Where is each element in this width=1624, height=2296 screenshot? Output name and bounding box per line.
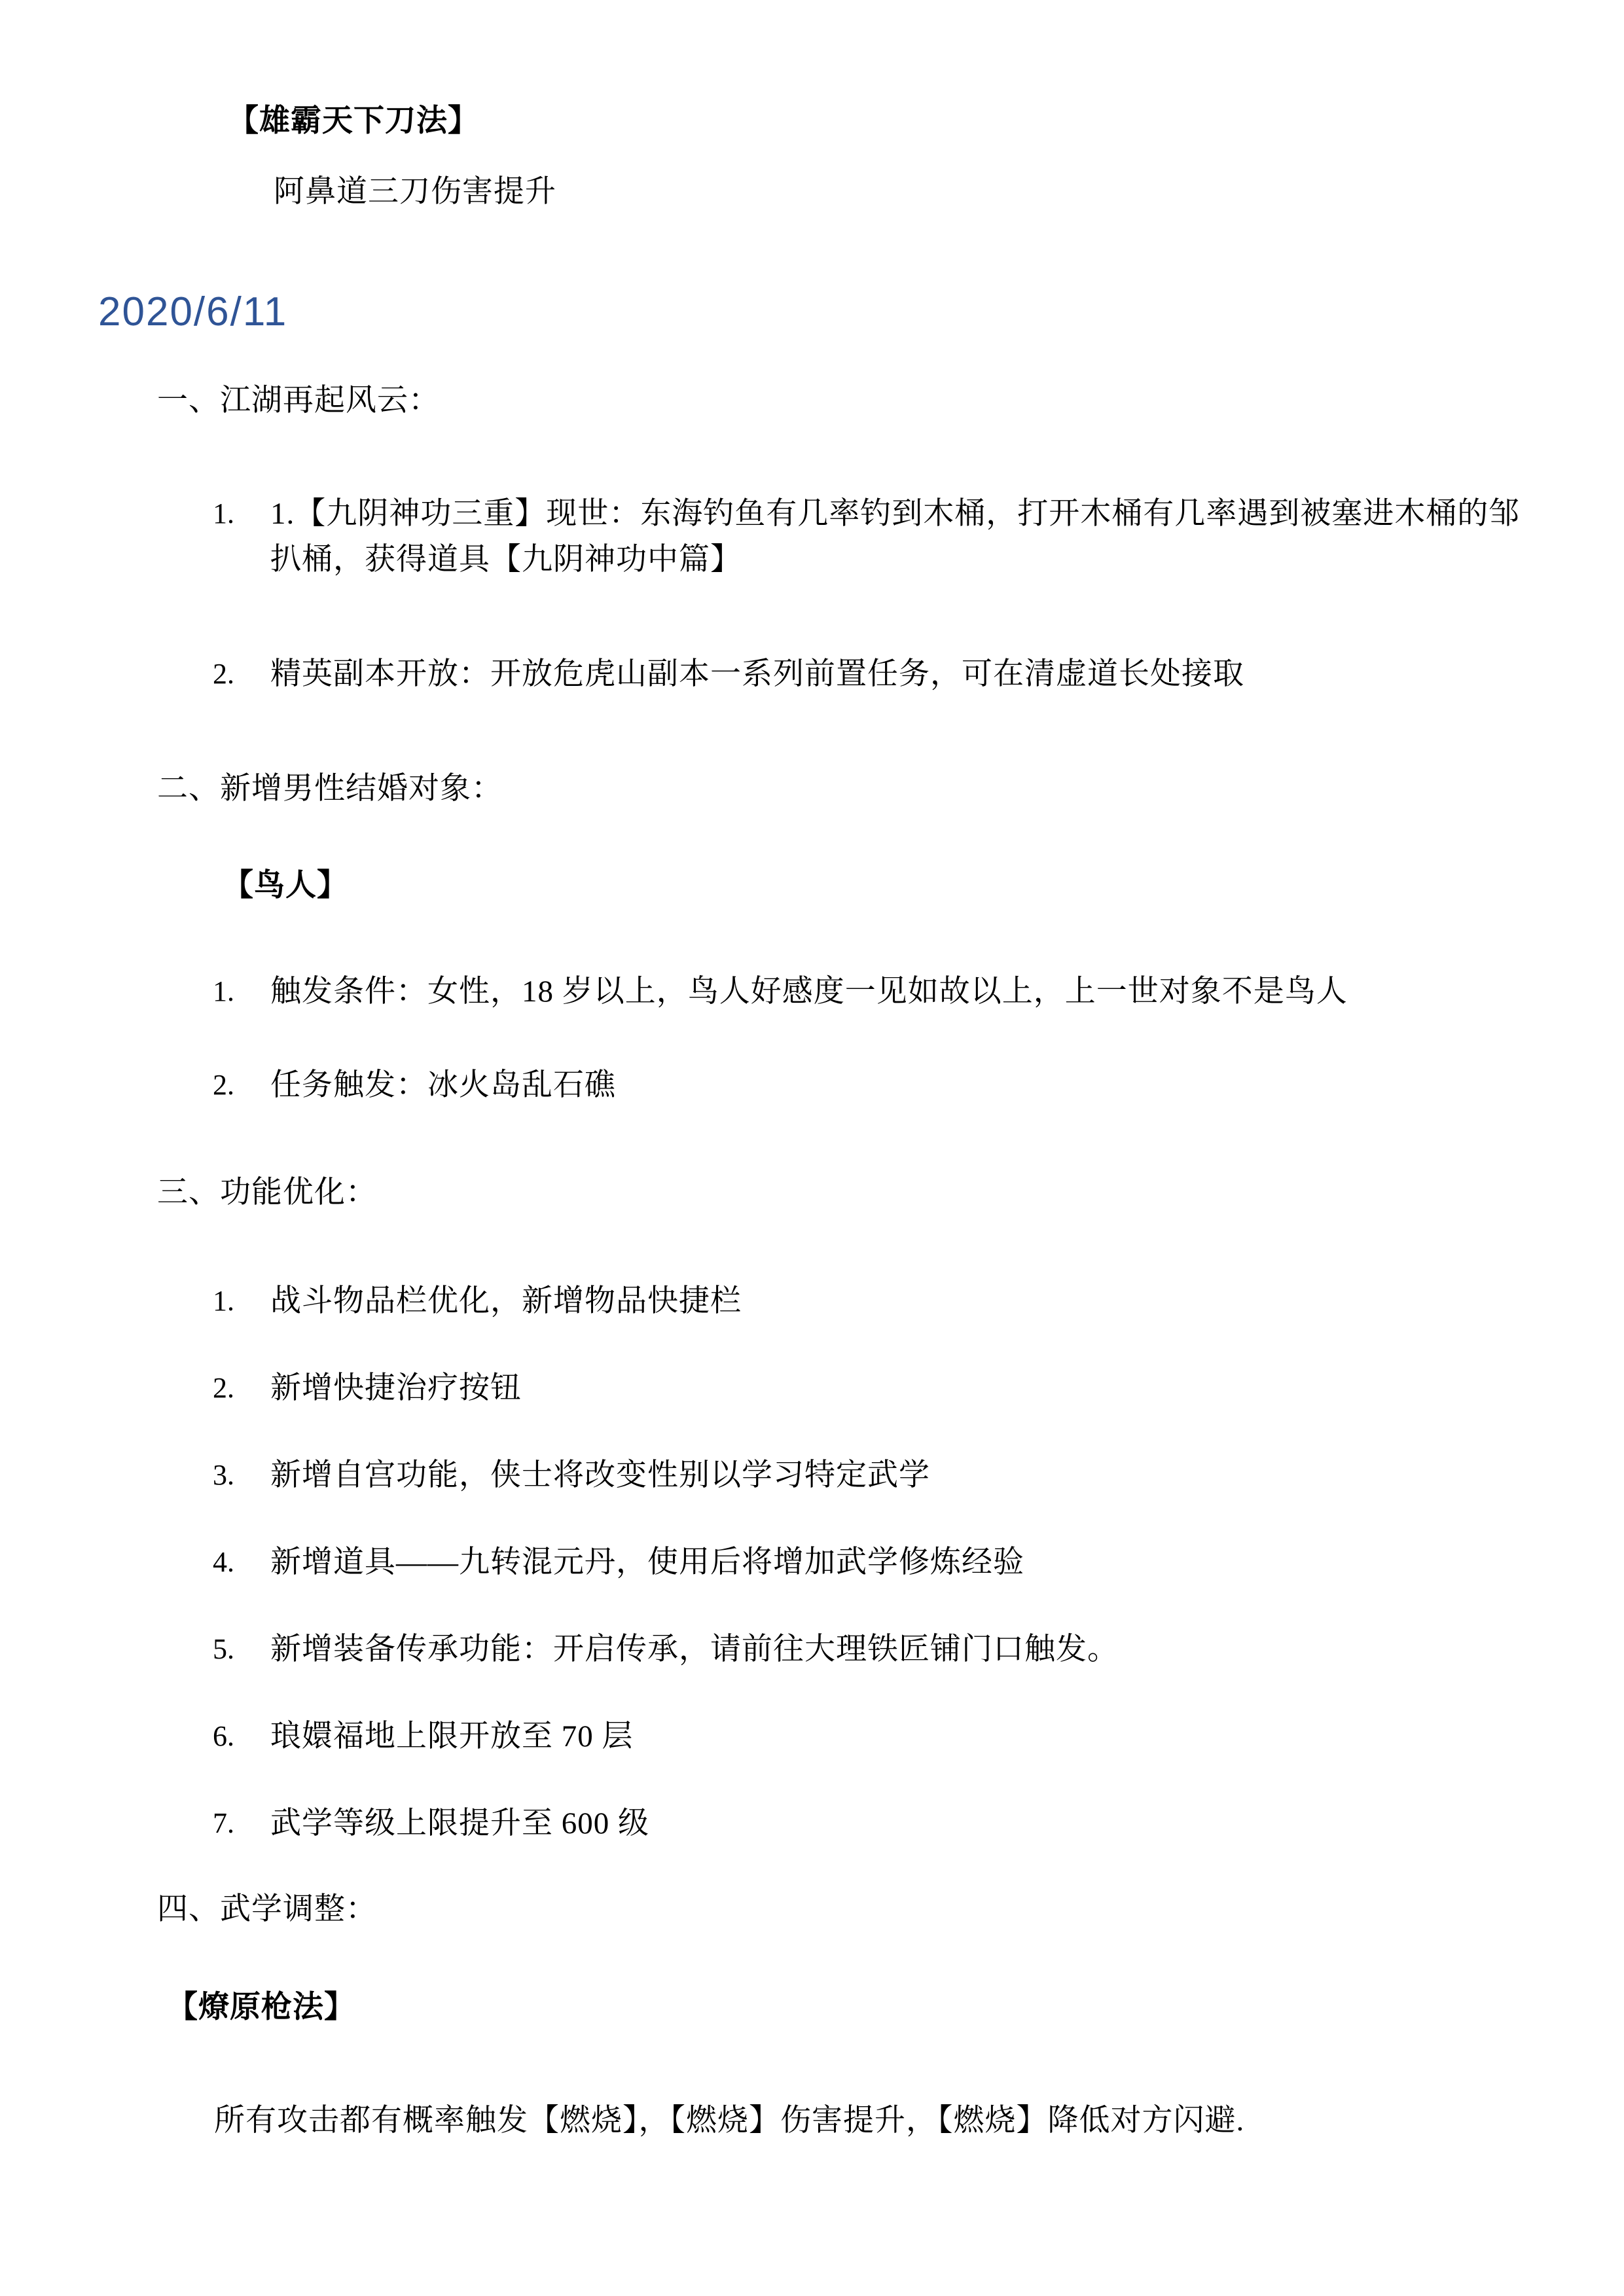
list-item: 1. 1.【九阴神功三重】现世：东海钓鱼有几率钓到木桶，打开木桶有几率遇到被塞进… bbox=[213, 491, 1540, 583]
list-item-text: 新增自宫功能，侠士将改变性别以学习特定武学 bbox=[270, 1452, 1540, 1498]
list-item-number: 6. bbox=[213, 1713, 270, 1759]
list-item-text: 精英副本开放：开放危虎山副本一系列前置任务，可在清虚道长处接取 bbox=[270, 651, 1540, 697]
list-item: 6. 琅嬛福地上限开放至 70 层 bbox=[213, 1713, 1540, 1759]
list-item: 2. 任务触发：冰火岛乱石礁 bbox=[213, 1062, 1540, 1108]
list-item-text: 新增装备传承功能：开启传承，请前往大理铁匠铺门口触发。 bbox=[270, 1626, 1540, 1672]
section-1-heading: 一、江湖再起风云： bbox=[157, 378, 440, 423]
list-item-text: 新增快捷治疗按钮 bbox=[270, 1365, 1540, 1411]
section-3-heading: 三、功能优化： bbox=[157, 1170, 377, 1215]
skill-effect-note: 阿鼻道三刀伤害提升 bbox=[274, 169, 556, 215]
document-page: 【雄霸天下刀法】 阿鼻道三刀伤害提升 2020/6/11 一、江湖再起风云： 1… bbox=[0, 0, 1624, 2296]
list-item: 5. 新增装备传承功能：开启传承，请前往大理铁匠铺门口触发。 bbox=[213, 1626, 1540, 1672]
list-item-text: 1.【九阴神功三重】现世：东海钓鱼有几率钓到木桶，打开木桶有几率遇到被塞进木桶的… bbox=[270, 491, 1540, 583]
list-item: 1. 战斗物品栏优化，新增物品快捷栏 bbox=[213, 1278, 1540, 1324]
list-item-text: 战斗物品栏优化，新增物品快捷栏 bbox=[270, 1278, 1540, 1324]
list-item-number: 1. bbox=[213, 969, 270, 1014]
list-item-text: 新增道具——九转混元丹，使用后将增加武学修炼经验 bbox=[270, 1539, 1540, 1585]
list-item-number: 2. bbox=[213, 1365, 270, 1411]
list-item-text: 武学等级上限提升至 600 级 bbox=[270, 1801, 1540, 1846]
date-heading: 2020/6/11 bbox=[98, 289, 287, 335]
list-item-text: 琅嬛福地上限开放至 70 层 bbox=[270, 1713, 1540, 1759]
list-item-number: 7. bbox=[213, 1801, 270, 1846]
section-4-subheading: 【燎原枪法】 bbox=[167, 1984, 355, 2030]
list-item-number: 2. bbox=[213, 1062, 270, 1108]
list-item: 3. 新增自宫功能，侠士将改变性别以学习特定武学 bbox=[213, 1452, 1540, 1498]
list-item-number: 5. bbox=[213, 1626, 270, 1672]
section-2-heading: 二、新增男性结婚对象： bbox=[157, 766, 503, 812]
list-item: 1. 触发条件：女性，18 岁以上，鸟人好感度一见如故以上，上一世对象不是鸟人 bbox=[213, 969, 1540, 1014]
list-item: 4. 新增道具——九转混元丹，使用后将增加武学修炼经验 bbox=[213, 1539, 1540, 1585]
list-item-text: 触发条件：女性，18 岁以上，鸟人好感度一见如故以上，上一世对象不是鸟人 bbox=[270, 969, 1540, 1014]
list-item-number: 1. bbox=[213, 1278, 270, 1324]
list-item-number: 1. bbox=[213, 491, 270, 537]
list-item-number: 4. bbox=[213, 1539, 270, 1585]
list-item: 2. 精英副本开放：开放危虎山副本一系列前置任务，可在清虚道长处接取 bbox=[213, 651, 1540, 697]
section-4-heading: 四、武学调整： bbox=[157, 1886, 377, 1932]
list-item-text: 任务触发：冰火岛乱石礁 bbox=[270, 1062, 1540, 1108]
skill-title: 【雄霸天下刀法】 bbox=[228, 98, 479, 144]
section-4-body: 所有攻击都有概率触发【燃烧】，【燃烧】伤害提升，【燃烧】降低对方闪避. bbox=[214, 2098, 1244, 2144]
list-item-number: 3. bbox=[213, 1452, 270, 1498]
list-item-number: 2. bbox=[213, 651, 270, 697]
list-item: 7. 武学等级上限提升至 600 级 bbox=[213, 1801, 1540, 1846]
section-2-subheading: 【鸟人】 bbox=[223, 863, 348, 908]
list-item: 2. 新增快捷治疗按钮 bbox=[213, 1365, 1540, 1411]
